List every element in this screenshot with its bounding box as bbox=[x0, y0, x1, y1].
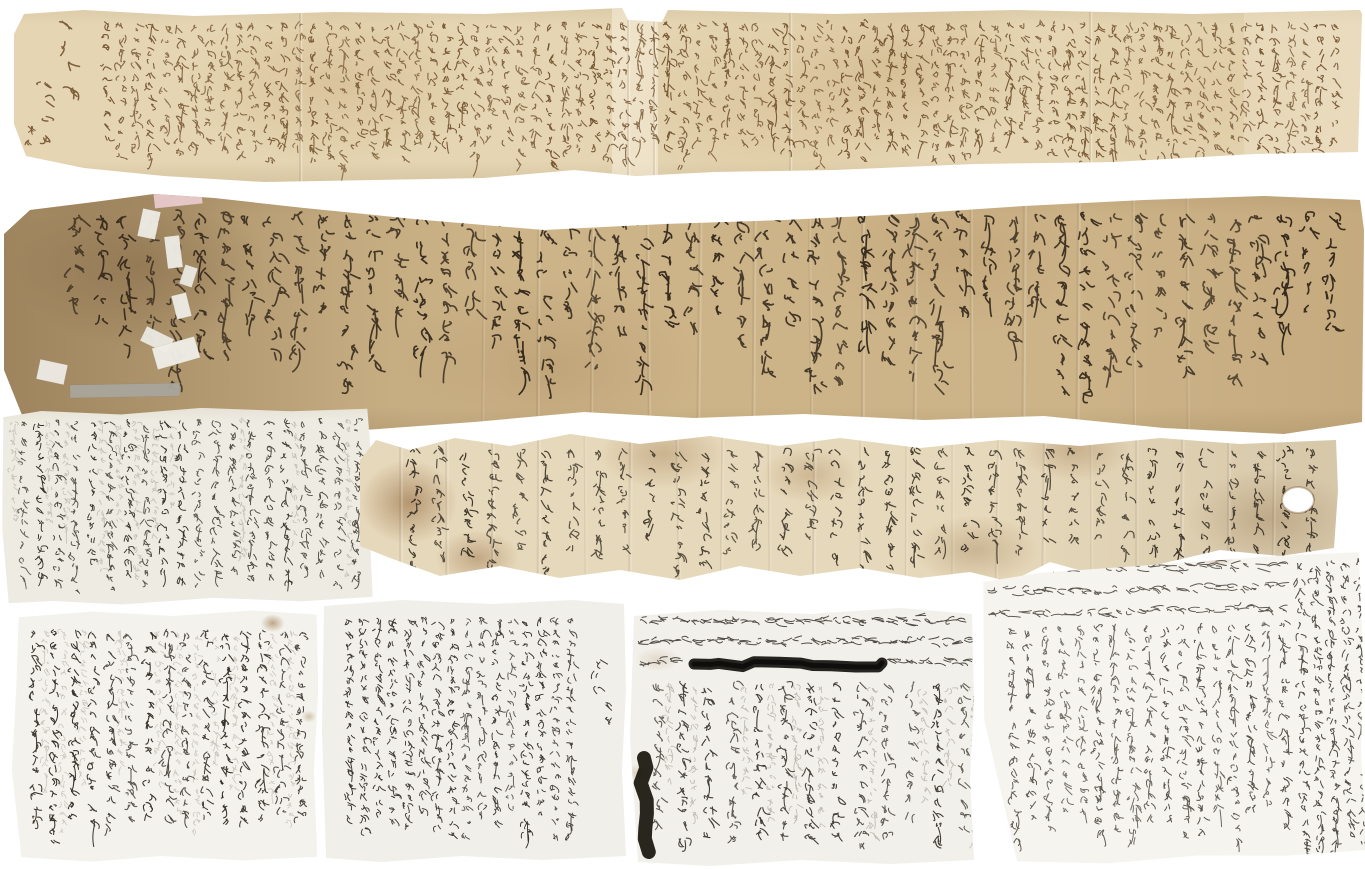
manuscript-middle-left-sheet-handwriting-layer bbox=[1, 405, 372, 606]
paper-hole bbox=[1282, 487, 1314, 513]
tape-patch bbox=[36, 359, 68, 384]
manuscript-second-scroll-handwriting-layer bbox=[4, 190, 1364, 442]
tape-patch bbox=[137, 208, 160, 239]
manuscript-bottom-title-sheet bbox=[322, 600, 626, 862]
tape-patch bbox=[171, 293, 191, 320]
manuscript-bottom-center-sheet-handwriting-layer bbox=[630, 608, 974, 866]
tape-patch bbox=[70, 383, 180, 398]
manuscript-middle-left-sheet bbox=[1, 405, 372, 606]
manuscript-top-scroll bbox=[14, 4, 1362, 182]
manuscript-second-scroll bbox=[4, 190, 1364, 442]
manuscript-bottom-center-sheet bbox=[630, 608, 974, 866]
manuscript-bottom-right-sheet bbox=[981, 552, 1365, 866]
photo-canvas bbox=[0, 0, 1365, 868]
manuscript-bottom-left-sheet-handwriting-layer bbox=[11, 609, 318, 863]
manuscript-top-scroll-handwriting-layer bbox=[14, 4, 1362, 182]
ink-blot bbox=[641, 758, 649, 852]
tape-patch bbox=[179, 264, 198, 287]
manuscript-bottom-title-sheet-handwriting-layer bbox=[322, 600, 626, 862]
tape-patch bbox=[164, 235, 183, 269]
manuscript-bottom-right-sheet-handwriting-layer bbox=[981, 552, 1365, 866]
manuscript-bottom-left-sheet bbox=[11, 609, 318, 863]
tape-patch bbox=[153, 190, 202, 208]
